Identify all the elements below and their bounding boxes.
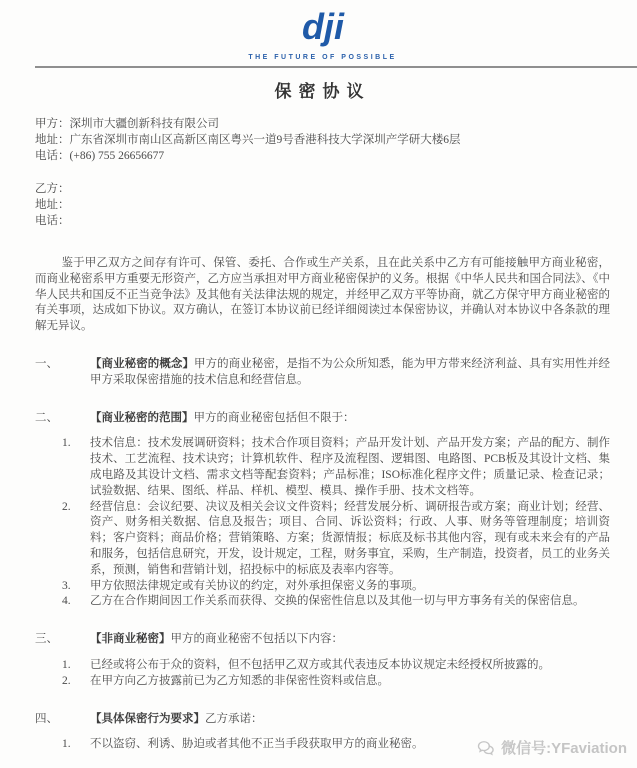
section-3-heading: 【非商业秘密】 (90, 633, 171, 645)
item-number: 1. (62, 658, 90, 674)
list-item: 2.在甲方向乙方披露前已为乙方知悉的非保密性资料或信息。 (62, 674, 610, 690)
header-divider (35, 66, 637, 68)
item-number: 1. (62, 436, 90, 499)
preamble-paragraph: 鉴于甲乙双方之间存有许可、保管、委托、合作或生产关系，且在此关系中乙方有可能接触… (35, 256, 610, 335)
party-b-address: 地址： (35, 197, 610, 213)
party-a-name-value: 深圳市大疆创新科技有限公司 (70, 118, 220, 130)
item-number: 1. (62, 737, 90, 753)
section-1: 一、 【商业秘密的概念】甲方的商业秘密，是指不为公众所知悉，能为甲方带来经济利益… (35, 357, 610, 389)
party-b-phone-label: 电话： (35, 215, 70, 227)
wechat-icon (476, 738, 496, 758)
section-1-number: 一、 (35, 357, 90, 389)
party-a-address-label: 地址： (35, 134, 70, 146)
list-item: 2.经营信息：会议纪要、决议及相关会议文件资料；经营发展分析、调研报告或方案；商… (62, 500, 610, 579)
item-text: 在甲方向乙方披露前已为乙方知悉的非保密性资料或信息。 (90, 674, 610, 690)
list-item: 1.技术信息：技术发展调研资料；技术合作项目资料；产品开发计划、产品开发方案；产… (62, 436, 610, 499)
section-3: 三、 【非商业秘密】甲方的商业秘密不包括以下内容： (35, 632, 610, 648)
dji-logo-icon: dji (263, 6, 383, 48)
section-3-items: 1.已经或将公布于众的资料，但不包括甲乙双方或其代表违反本协议规定未经授权所披露… (35, 658, 610, 690)
section-4-number: 四、 (35, 712, 90, 728)
item-number: 2. (62, 674, 90, 690)
parties-block: 甲方：深圳市大疆创新科技有限公司 地址：广东省深圳市南山区高新区南区粤兴一道9号… (35, 116, 610, 229)
item-text: 经营信息：会议纪要、决议及相关会议文件资料；经营发展分析、调研报告或方案；商业计… (90, 500, 610, 579)
watermark-text: 微信号:YFaviation (501, 737, 627, 758)
section-4-body: 【具体保密行为要求】乙方承诺： (90, 712, 610, 728)
section-1-body: 【商业秘密的概念】甲方的商业秘密，是指不为公众所知悉，能为甲方带来经济利益、具有… (90, 357, 610, 389)
section-3-number: 三、 (35, 632, 90, 648)
watermark: 微信号:YFaviation (476, 737, 627, 758)
party-a-phone-label: 电话： (35, 150, 70, 162)
item-number: 3. (62, 579, 90, 595)
list-item: 4.乙方在合作期间因工作关系而获得、交换的保密性信息以及其他一切与甲方事务有关的… (62, 594, 610, 610)
section-2-body: 【商业秘密的范围】甲方的商业秘密包括但不限于： (90, 411, 610, 427)
section-2-items: 1.技术信息：技术发展调研资料；技术合作项目资料；产品开发计划、产品开发方案；产… (35, 436, 610, 610)
party-b-name: 乙方： (35, 181, 610, 197)
party-b-name-label: 乙方： (35, 183, 70, 195)
party-a-phone: 电话：(+86) 755 26656677 (35, 148, 610, 164)
section-2-text: 甲方的商业秘密包括但不限于： (194, 412, 355, 424)
section-4-heading: 【具体保密行为要求】 (90, 713, 205, 725)
list-item: 1.已经或将公布于众的资料，但不包括甲乙双方或其代表违反本协议规定未经授权所披露… (62, 658, 610, 674)
document-header: dji THE FUTURE OF POSSIBLE (35, 0, 610, 61)
section-2-heading: 【商业秘密的范围】 (90, 412, 194, 424)
item-text: 技术信息：技术发展调研资料；技术合作项目资料；产品开发计划、产品开发方案；产品的… (90, 436, 610, 499)
section-2: 二、 【商业秘密的范围】甲方的商业秘密包括但不限于： (35, 411, 610, 427)
page-title: 保密协议 (35, 77, 610, 102)
party-b-block: 乙方： 地址： 电话： (35, 181, 610, 229)
party-a-address: 地址：广东省深圳市南山区高新区南区粤兴一道9号香港科技大学深圳产学研大楼6层 (35, 132, 610, 148)
party-a-phone-value: (+86) 755 26656677 (70, 150, 165, 162)
party-a-block: 甲方：深圳市大疆创新科技有限公司 地址：广东省深圳市南山区高新区南区粤兴一道9号… (35, 116, 610, 164)
list-item: 3.甲方依照法律规定或有关协议的约定，对外承担保密义务的事项。 (62, 579, 610, 595)
section-4-text: 乙方承诺： (205, 713, 263, 725)
party-a-name: 甲方：深圳市大疆创新科技有限公司 (35, 116, 610, 132)
party-b-phone: 电话： (35, 213, 610, 229)
section-3-text: 甲方的商业秘密不包括以下内容： (171, 633, 344, 645)
logo-tagline: THE FUTURE OF POSSIBLE (35, 54, 610, 61)
item-text: 已经或将公布于众的资料，但不包括甲乙双方或其代表违反本协议规定未经授权所披露的。 (90, 658, 610, 674)
party-a-name-label: 甲方： (35, 118, 70, 130)
document-page: dji THE FUTURE OF POSSIBLE 保密协议 甲方：深圳市大疆… (0, 0, 637, 768)
section-2-number: 二、 (35, 411, 90, 427)
dji-logo-text: dji (302, 6, 345, 47)
item-number: 2. (62, 500, 90, 579)
item-number: 4. (62, 594, 90, 610)
section-1-heading: 【商业秘密的概念】 (90, 358, 194, 370)
party-a-address-value: 广东省深圳市南山区高新区南区粤兴一道9号香港科技大学深圳产学研大楼6层 (70, 134, 461, 146)
section-4: 四、 【具体保密行为要求】乙方承诺： (35, 712, 610, 728)
item-text: 甲方依照法律规定或有关协议的约定，对外承担保密义务的事项。 (90, 579, 610, 595)
section-3-body: 【非商业秘密】甲方的商业秘密不包括以下内容： (90, 632, 610, 648)
item-text: 乙方在合作期间因工作关系而获得、交换的保密性信息以及其他一切与甲方事务有关的保密… (90, 594, 610, 610)
party-b-address-label: 地址： (35, 199, 70, 211)
